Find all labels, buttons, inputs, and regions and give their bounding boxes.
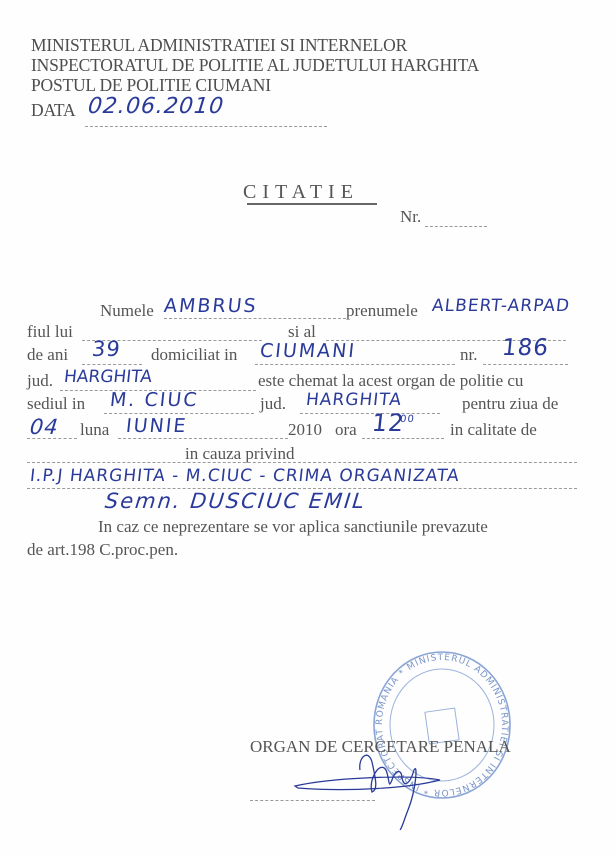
name-field-line: [164, 318, 346, 319]
seat-field-line: [104, 413, 254, 414]
case-line-1: I.P.J HARGHITA - M.CIUC - CRIMA ORGANIZA…: [29, 466, 461, 486]
document-title: CITATIE: [243, 181, 359, 204]
seat-county-field-line: [300, 413, 440, 414]
hour-field-line: [362, 438, 444, 439]
day-label: pentru ziua de: [462, 395, 558, 413]
sanction-text-2: de art.198 C.proc.pen.: [27, 541, 178, 559]
seat-county-value: HARGHITA: [305, 390, 403, 410]
quality-label: in calitate de: [450, 421, 537, 439]
first-name-value: ALBERT-ARPAD: [431, 296, 571, 316]
domicile-field-line: [255, 364, 455, 365]
age-value: 39: [91, 339, 122, 359]
county-value: HARGHITA: [63, 367, 153, 387]
seat-value: M. CIUC: [109, 390, 200, 410]
title-underline: [247, 203, 377, 205]
and-of-label: si al: [288, 323, 316, 341]
number-field: [425, 226, 487, 227]
header-inspectorate: INSPECTORATUL DE POLITIE AL JUDETULUI HA…: [31, 56, 479, 74]
month-value: IUNIE: [125, 416, 188, 436]
date-label: DATA: [31, 101, 75, 119]
nr-label: nr.: [460, 346, 477, 364]
nr-value: 186: [501, 338, 550, 358]
header-police-post: POSTUL DE POLITIE CIUMANI: [31, 76, 271, 94]
case-line-1-rule-top: [27, 462, 577, 463]
son-of-label: fiul lui: [27, 323, 73, 341]
domicile-label: domiciliat in: [151, 346, 237, 364]
day-value: 04: [29, 417, 60, 437]
seat-county-label: jud.: [260, 395, 286, 413]
age-field-line: [82, 364, 142, 365]
seat-label: sediul in: [27, 395, 85, 413]
day-field-line: [27, 438, 77, 439]
hour-minutes: 00: [399, 410, 416, 430]
signature-scribble: [290, 740, 490, 830]
date-underline: [85, 126, 327, 127]
county-label: jud.: [27, 372, 53, 390]
nr-field-line: [483, 364, 568, 365]
month-label: luna: [80, 421, 109, 439]
age-label: de ani: [27, 346, 68, 364]
signature-line: [250, 800, 375, 801]
name-label: Numele: [100, 302, 154, 320]
month-field-line: [118, 438, 288, 439]
first-name-label: prenumele: [346, 302, 418, 320]
date-value: 02.06.2010: [87, 97, 225, 117]
case-line-2: Semn. DUSCIUC EMIL: [104, 491, 367, 511]
citation-document: MINISTERUL ADMINISTRATIEI SI INTERNELOR …: [0, 0, 616, 856]
hour-label: ora: [335, 421, 357, 439]
sanction-text-1: In caz ce neprezentare se vor aplica san…: [98, 518, 488, 536]
domicile-value: CIUMANI: [259, 341, 357, 361]
header-ministry: MINISTERUL ADMINISTRATIEI SI INTERNELOR: [31, 36, 407, 54]
number-label: Nr.: [400, 208, 421, 226]
name-value: AMBRUS: [163, 296, 259, 316]
summoned-text: este chemat la acest organ de politie cu: [258, 372, 523, 390]
year-value: 2010: [288, 421, 322, 439]
case-label: in cauza privind: [185, 445, 295, 463]
